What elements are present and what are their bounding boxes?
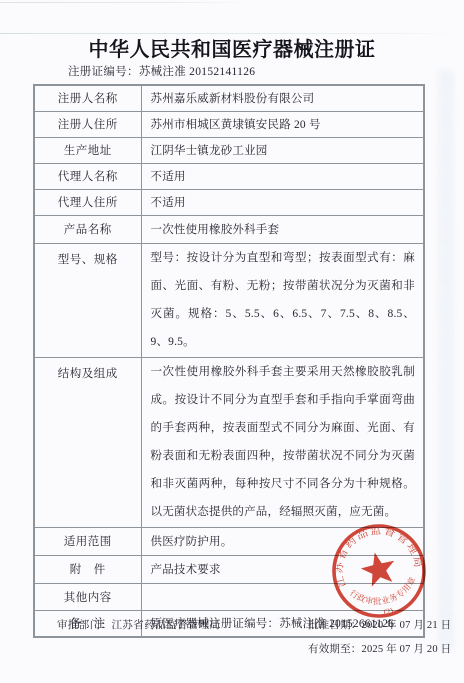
row-value: 不适用 — [141, 189, 424, 215]
row-value: 不适用 — [141, 163, 424, 189]
row-label: 结构及组成 — [34, 357, 141, 527]
row-value: 型号：按设计分为直型和弯型；按表面型式有：麻面、光面、有粉、无粉；按带菌状况分为… — [141, 243, 424, 357]
table-row: 代理人名称 不适用 — [34, 163, 424, 189]
row-label: 其他内容 — [34, 583, 141, 610]
row-value: 江阴华士镇龙砂工业园 — [141, 137, 424, 163]
valid-until-value: 2025 年 07 月 20 日 — [362, 644, 452, 655]
certificate-number: 注册证编号：苏械注准 20152141126 — [68, 63, 255, 79]
row-label: 生产地址 — [34, 137, 141, 163]
row-label: 注册人名称 — [34, 85, 141, 111]
table-row: 注册人名称 苏州嘉乐威新材料股份有限公司 — [34, 85, 424, 111]
row-value: 一次性使用橡胶外科手套 — [141, 215, 424, 243]
valid-until-label: 有效期至： — [308, 644, 362, 655]
row-label: 附 件 — [34, 555, 141, 583]
row-label: 注册人住所 — [34, 111, 141, 137]
approval-department-value: 江苏省药品监督管理局 — [112, 620, 221, 631]
approval-department: 审批部门：江苏省药品监督管理局 — [57, 617, 221, 632]
certificate-page: 中华人民共和国医疗器械注册证 注册证编号：苏械注准 20152141126 注册… — [0, 0, 464, 683]
row-label: 产品名称 — [34, 215, 141, 243]
table-row: 结构及组成 一次性使用橡胶外科手套主要采用天然橡胶胶乳制成。按设计不同分为直型手… — [34, 357, 424, 527]
table-row: 生产地址 江阴华士镇龙砂工业园 — [34, 137, 424, 163]
row-value: 苏州市相城区黄埭镇安民路 20 号 — [141, 111, 424, 137]
star-icon — [358, 549, 399, 588]
table-row: 注册人住所 苏州市相城区黄埭镇安民路 20 号 — [34, 111, 424, 137]
certificate-number-label: 注册证编号： — [68, 66, 139, 78]
scan-artifact-line-top — [0, 2, 252, 3]
approval-department-label: 审批部门： — [57, 620, 112, 631]
certificate-number-value: 苏械注准 20152141126 — [139, 66, 256, 78]
valid-until-date: 有效期至：2025 年 07 月 20 日 — [308, 641, 451, 656]
row-value: 一次性使用橡胶外科手套主要采用天然橡胶胶乳制成。按设计不同分为直型手套和手指向手… — [141, 357, 424, 527]
table-row: 代理人住所 不适用 — [34, 189, 424, 215]
table-row: 产品名称 一次性使用橡胶外科手套 — [34, 215, 424, 243]
page-title: 中华人民共和国医疗器械注册证 — [0, 33, 464, 62]
row-value: 苏州嘉乐威新材料股份有限公司 — [141, 85, 424, 111]
row-label: 适用范围 — [34, 527, 141, 555]
official-stamp: 江苏省药品监督管理局 行政审批业务专用章 (2) — [317, 509, 441, 633]
row-label: 代理人名称 — [34, 163, 141, 189]
row-label: 型号、规格 — [34, 243, 141, 357]
table-row: 型号、规格 型号：按设计分为直型和弯型；按表面型式有：麻面、光面、有粉、无粉；按… — [34, 243, 424, 357]
row-label: 代理人住所 — [34, 189, 141, 215]
